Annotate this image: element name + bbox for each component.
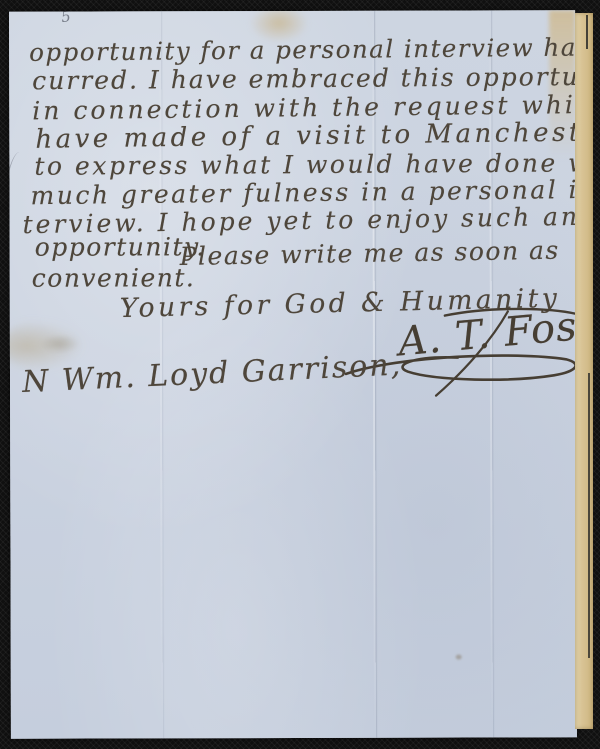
paper-stain [40,334,80,354]
adjacent-page-mark [586,15,588,49]
handwriting-line: opportunity for a personal interview has… [29,32,577,67]
letter-scan-background: { "letter": { "page_mark": "5", "body_li… [0,0,600,749]
adjacent-page-mark [588,373,590,658]
handwriting-line: convenient. [32,263,196,292]
paper-stain [456,655,462,660]
handwriting-line: Please write me as soon as [179,236,560,271]
adjacent-page-edge [575,13,593,729]
page-number-pencil-mark: 5 [60,10,72,26]
letter-page: 5 opportunity for a personal interview h… [9,10,577,738]
